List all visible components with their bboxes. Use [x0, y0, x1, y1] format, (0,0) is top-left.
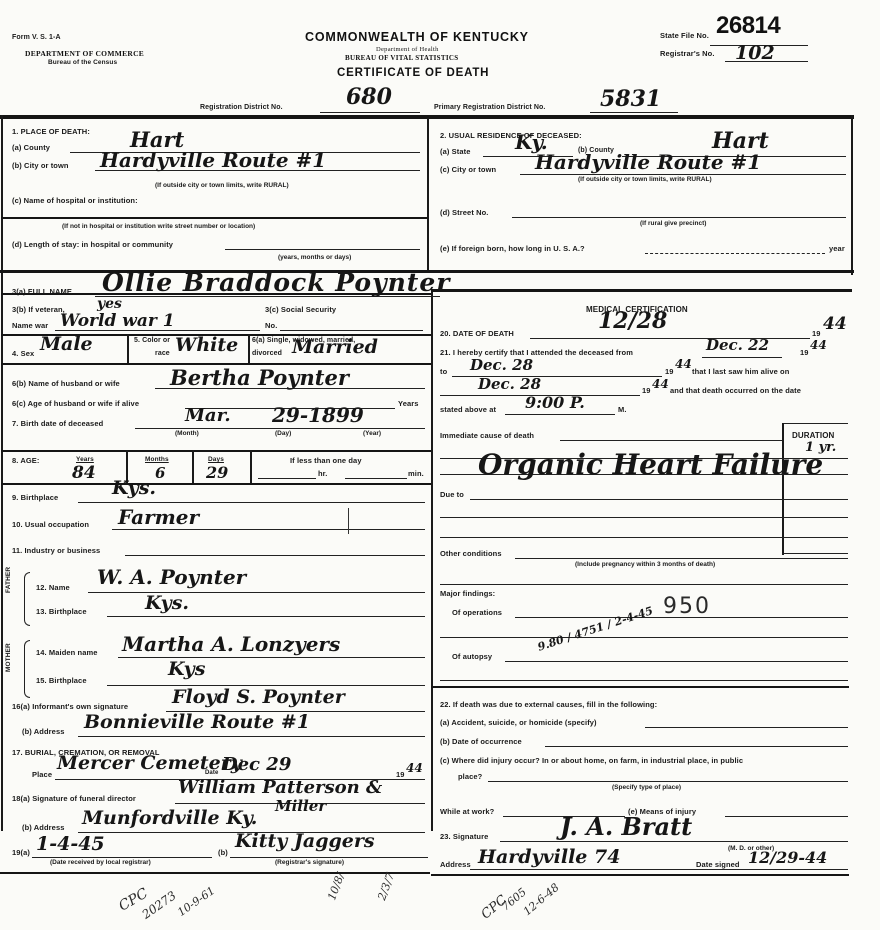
city-note: (If outside city or town limits, write R…: [155, 182, 289, 189]
hospital-note: (If not in hospital or institution write…: [62, 223, 255, 230]
occupation-label: 10. Usual occupation: [12, 520, 89, 529]
color-label: 5. Color or: [134, 337, 170, 344]
father-bracket: [24, 572, 30, 626]
annotation-left-date: 10-9-61: [175, 884, 217, 919]
primary-district-number: 5831: [600, 86, 661, 112]
informant-sig-value: Floyd S. Poynter: [172, 686, 345, 708]
foreign-label: (e) If foreign born, how long in U. S. A…: [440, 244, 585, 253]
name-war-label: Name war: [12, 321, 48, 330]
months-value: 6: [155, 464, 165, 482]
race-label: race: [155, 350, 170, 357]
veteran-value: yes: [97, 296, 122, 312]
external-heading: 22. If death was due to external causes,…: [440, 700, 657, 709]
annotation-mid-2: 2/3/7: [375, 871, 397, 902]
informant-address-label: (b) Address: [22, 727, 65, 736]
last-saw-prefix: 19: [642, 386, 651, 395]
last-saw-value: Dec. 28: [478, 375, 541, 393]
dod-label: 20. DATE OF DEATH: [440, 329, 514, 338]
industry-label: 11. Industry or business: [12, 546, 100, 555]
mother-birth-label: 15. Birthplace: [36, 676, 87, 685]
day-note: (Day): [275, 430, 291, 437]
external-c-label: (c) Where did injury occur? In or about …: [440, 756, 743, 765]
occupation-value: Farmer: [118, 505, 199, 529]
month-note: (Month): [175, 430, 199, 437]
attend-from-year: 44: [810, 338, 827, 352]
m-label: M.: [618, 405, 627, 414]
commonwealth-title: COMMONWEALTH OF KENTUCKY: [305, 30, 529, 44]
dod-year: 44: [823, 314, 847, 334]
mother-name-value: Martha A. Lonzyers: [122, 632, 340, 656]
annotation-right-date: 12-6-48: [521, 881, 562, 918]
year-note: (Year): [363, 430, 381, 437]
less-day-label: If less than one day: [290, 456, 362, 465]
father-name-value: W. A. Poynter: [97, 565, 246, 589]
min-label: min.: [408, 469, 424, 478]
director-address-label: (b) Address: [22, 823, 65, 832]
veteran-label: 3(b) If veteran,: [12, 305, 65, 314]
primary-district-label: Primary Registration District No.: [434, 104, 545, 111]
race-value: White: [175, 334, 238, 356]
other-note: (Include pregnancy within 3 months of de…: [575, 561, 715, 568]
burial-year-value: 44: [406, 761, 423, 775]
to-label: to: [440, 367, 447, 376]
dept-commerce: DEPARTMENT OF COMMERCE: [25, 49, 144, 58]
director-value-2: Miller: [275, 797, 326, 815]
days-value: 29: [206, 463, 228, 482]
spouse-value: Bertha Poynter: [170, 365, 349, 390]
state-file-label: State File No.: [660, 31, 709, 40]
ssn-label: 3(c) Social Security: [265, 305, 336, 314]
bureau-census: Bureau of the Census: [48, 59, 117, 66]
res-city-value: Hardyville Route #1: [535, 150, 761, 174]
external-a-label: (a) Accident, suicide, or homicide (spec…: [440, 718, 597, 727]
place-of-death-heading: 1. PLACE OF DEATH:: [12, 127, 90, 136]
director-value: William Patterson &: [178, 777, 382, 798]
years-value: 84: [72, 463, 96, 483]
burial-place-label: Place: [32, 770, 52, 779]
informant-sig-label: 16(a) Informant's own signature: [12, 702, 128, 711]
bureau-vital-stats: BUREAU OF VITAL STATISTICS: [345, 54, 458, 62]
date-signed-label: Date signed: [696, 860, 740, 869]
sex-value: Male: [40, 333, 93, 355]
birth-day-year: 29-1899: [272, 403, 364, 427]
autopsy-value: 9.80 / 4751 / 2-4-45: [536, 604, 655, 654]
father-side-label: FATHER: [5, 567, 12, 593]
annotation-mid-1: 10/8/: [325, 871, 347, 902]
sex-label: 4. Sex: [12, 349, 34, 358]
divorced-label: divorced: [252, 350, 282, 357]
external-c-note: (Specify type of place): [612, 784, 681, 791]
reg-district-label: Registration District No.: [200, 104, 283, 111]
months-label: Months: [145, 456, 169, 463]
operations-label: Of operations: [452, 608, 502, 617]
director-address-value: Munfordville Ky.: [82, 807, 257, 829]
signature-label: 23. Signature: [440, 832, 488, 841]
birth-label: 7. Birth date of deceased: [12, 419, 103, 428]
received-value: 1-4-45: [36, 833, 105, 855]
dod-year-prefix: 19: [812, 329, 821, 338]
external-c-label-2: place?: [458, 772, 482, 781]
registrar-label: Registrar's No.: [660, 49, 715, 58]
hr-label: hr.: [318, 469, 327, 478]
birthplace-value: Kys.: [112, 477, 156, 499]
birth-month: Mar.: [185, 405, 231, 426]
name-war-value: World war 1: [60, 311, 175, 331]
years-label: Years: [76, 456, 94, 463]
burial-date-value: Dec 29: [222, 754, 291, 775]
reg-district-number: 680: [346, 84, 392, 110]
spouse-age-label: 6(c) Age of husband or wife if alive: [12, 399, 139, 408]
attend-to: Dec. 28: [470, 356, 533, 374]
due-to-label: Due to: [440, 490, 464, 499]
immediate-label: Immediate cause of death: [440, 431, 534, 440]
hospital-label: (c) Name of hospital or institution:: [12, 196, 138, 205]
operations-value: 950: [663, 594, 711, 619]
other-conditions-label: Other conditions: [440, 549, 502, 558]
ssn-no-label: No.: [265, 321, 277, 330]
registrar-sig-value: Kitty Jaggers: [235, 830, 375, 852]
cause-value: Organic Heart Failure: [478, 448, 823, 481]
days-label: Days: [208, 456, 224, 463]
director-label: 18(a) Signature of funeral director: [12, 794, 136, 803]
mother-side-label: MOTHER: [5, 643, 12, 672]
received-label: 19(a): [12, 848, 30, 857]
registrar-number: 102: [735, 42, 775, 64]
findings-label: Major findings:: [440, 589, 495, 598]
attend-from-prefix: 19: [800, 348, 809, 357]
mother-bracket: [24, 640, 30, 698]
age-label: 8. AGE:: [12, 456, 40, 465]
autopsy-label: Of autopsy: [452, 652, 492, 661]
state-label: (a) State: [440, 147, 471, 156]
county-label: (a) County: [12, 143, 50, 152]
mother-birth-value: Kys: [168, 658, 205, 680]
res-city-label: (c) City or town: [440, 165, 496, 174]
state-file-number: 26814: [716, 12, 780, 40]
burial-date-label: Date: [205, 770, 218, 776]
attend-label: 21. I hereby certify that I attended the…: [440, 348, 633, 357]
stated-label: stated above at: [440, 405, 496, 414]
residence-heading: 2. USUAL RESIDENCE OF DECEASED:: [440, 131, 582, 140]
father-name-label: 12. Name: [36, 583, 70, 592]
street-note: (If rural give precinct): [640, 220, 706, 227]
sig-address-value: Hardyville 74: [478, 846, 620, 868]
street-label: (d) Street No.: [440, 208, 488, 217]
marital-value: Married: [292, 336, 378, 358]
external-b-label: (b) Date of occurrence: [440, 737, 522, 746]
work-label: While at work?: [440, 807, 494, 816]
form-number: Form V. S. 1-A: [12, 34, 61, 41]
last-saw-label: that I last saw him alive on: [692, 367, 789, 376]
stay-label: (d) Length of stay: in hospital or commu…: [12, 240, 173, 249]
res-city-note: (If outside city or town limits, write R…: [578, 176, 712, 183]
foreign-suffix: year: [829, 244, 845, 253]
date-signed-value: 12/29-44: [748, 848, 827, 867]
attend-to-year: 44: [675, 357, 692, 371]
burial-year-prefix: 19: [396, 770, 405, 779]
father-birth-value: Kys.: [145, 592, 189, 614]
spouse-label: 6(b) Name of husband or wife: [12, 379, 120, 388]
certificate-title: CERTIFICATE OF DEATH: [337, 67, 489, 79]
dod-value: 12/28: [598, 308, 667, 334]
birthplace-label: 9. Birthplace: [12, 493, 58, 502]
registrar-sig-note: (Registrar's signature): [275, 859, 344, 866]
spouse-age-suffix: Years: [398, 399, 419, 408]
duration-label: DURATION: [792, 431, 834, 440]
attend-from: Dec. 22: [706, 336, 769, 354]
last-saw-year: 44: [652, 377, 669, 391]
occurred-label: and that death occurred on the date: [670, 386, 801, 395]
received-note: (Date received by local registrar): [50, 859, 151, 866]
signature-value: J. A. Bratt: [560, 812, 692, 841]
sig-address-label: Address: [440, 860, 471, 869]
attend-to-prefix: 19: [665, 367, 674, 376]
dept-health: Department of Health: [376, 46, 439, 53]
city-value: Hardyville Route #1: [100, 148, 326, 172]
time-value: 9:00 P.: [525, 393, 585, 412]
informant-address-value: Bonnieville Route #1: [84, 711, 310, 733]
father-birth-label: 13. Birthplace: [36, 607, 87, 616]
registrar-sig-label: (b): [218, 848, 228, 857]
mother-name-label: 14. Maiden name: [36, 648, 98, 657]
city-label: (b) City or town: [12, 161, 69, 170]
stay-note: (years, months or days): [278, 254, 351, 261]
